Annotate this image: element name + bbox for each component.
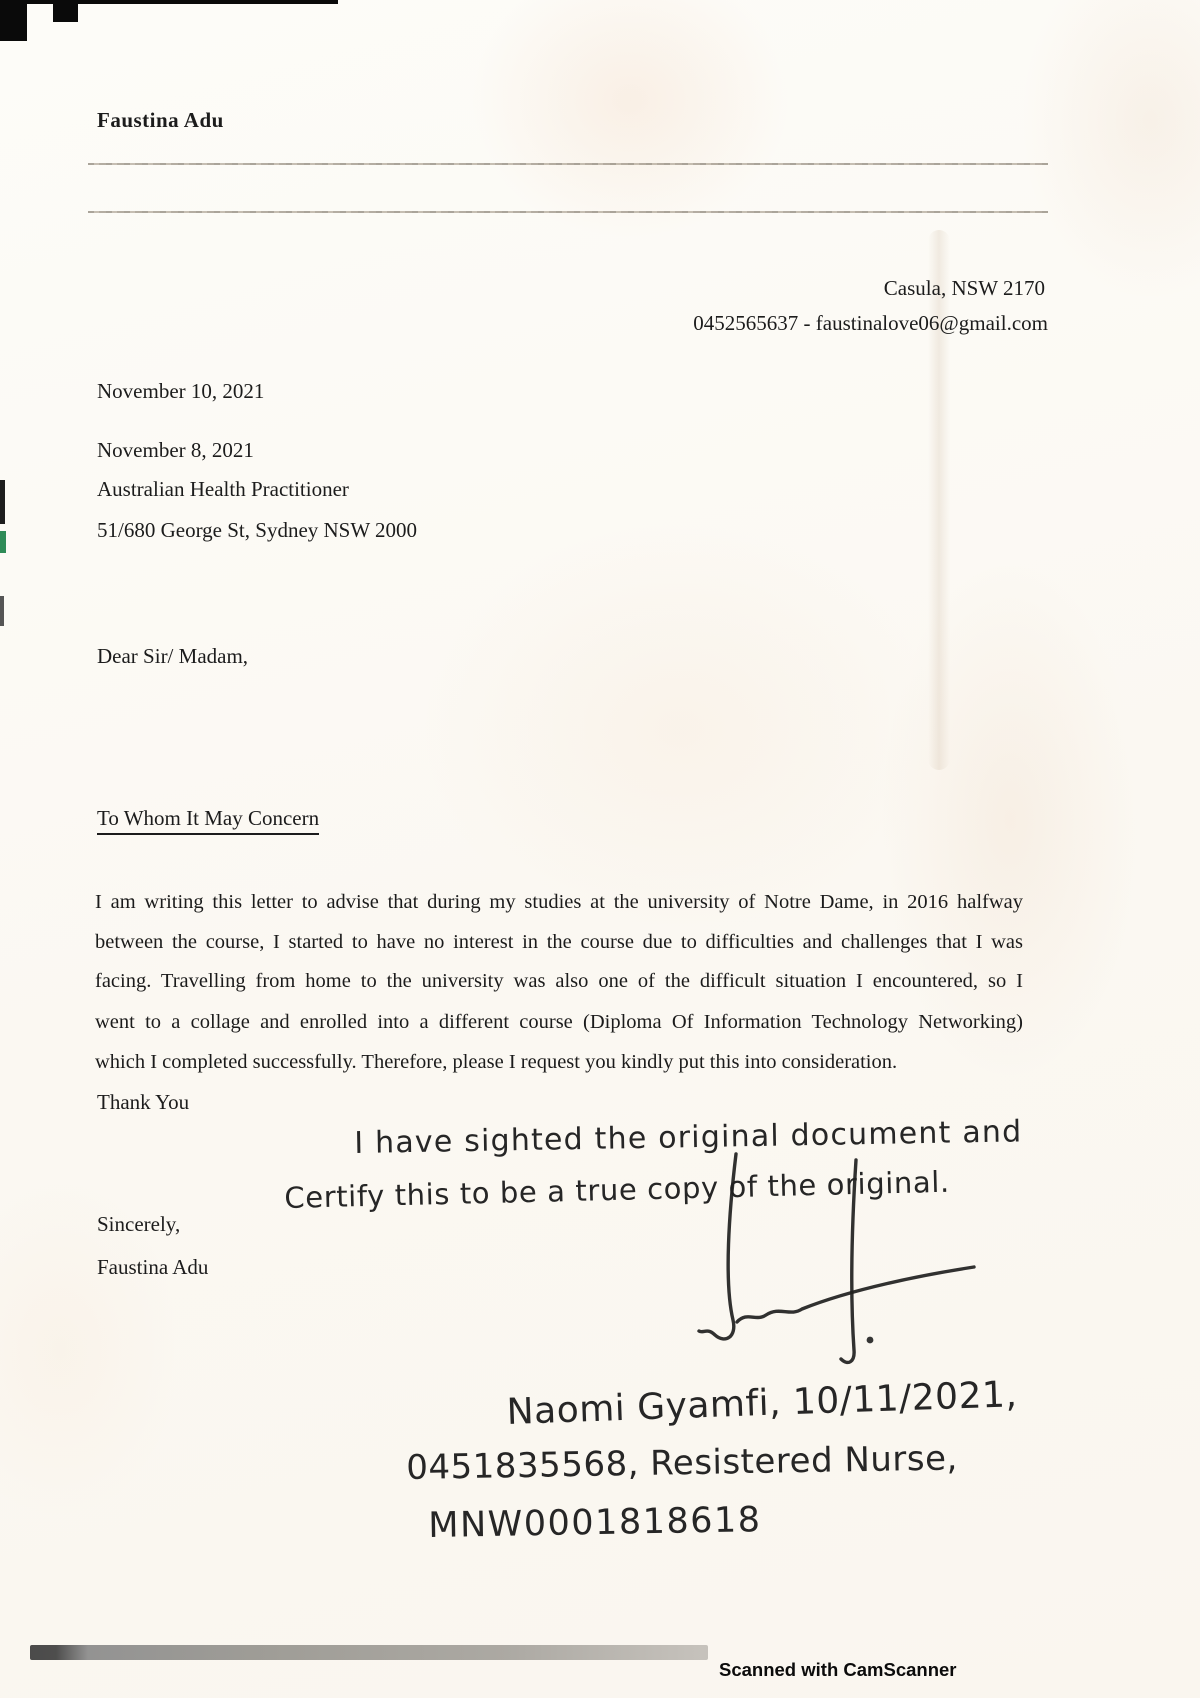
certifier-phone-title: 0451835568, Resistered Nurse, xyxy=(406,1438,958,1488)
scanner-credit: Scanned with CamScanner xyxy=(719,1659,956,1681)
paper-stain xyxy=(880,560,1140,1080)
signature-name: Faustina Adu xyxy=(97,1255,208,1280)
paper-stain xyxy=(470,0,790,240)
scan-footer-bar xyxy=(30,1645,708,1660)
scan-artifact-left-dash xyxy=(0,480,5,524)
closing: Sincerely, xyxy=(97,1212,180,1237)
scan-artifact-top-line xyxy=(0,0,338,4)
scanned-letter-page: Faustina Adu Casula, NSW 2170 0452565637… xyxy=(0,0,1200,1698)
paper-stain xyxy=(1020,0,1200,300)
body-line: between the course, I started to have no… xyxy=(95,929,1023,956)
date-secondary: November 8, 2021 xyxy=(97,438,254,463)
date-primary: November 10, 2021 xyxy=(97,379,264,404)
body-line: went to a collage and enrolled into a di… xyxy=(95,1009,1023,1036)
paper-stain xyxy=(420,520,940,940)
letterhead-divider-bottom xyxy=(88,211,1048,213)
sender-location: Casula, NSW 2170 xyxy=(884,276,1045,301)
subject-heading: To Whom It May Concern xyxy=(97,806,319,835)
body-line: facing. Travelling from home to the univ… xyxy=(95,968,1023,995)
body-line: I am writing this letter to advise that … xyxy=(95,889,1023,916)
certifier-name-date: Naomi Gyamfi, 10/11/2021, xyxy=(506,1374,1018,1433)
scan-artifact-top-left-blob xyxy=(0,0,27,41)
scan-artifact-top-dash xyxy=(53,4,78,22)
signature-scribble xyxy=(690,1150,990,1375)
letterhead-divider-top xyxy=(88,163,1048,165)
body-line: which I completed successfully. Therefor… xyxy=(95,1049,1023,1076)
recipient-name: Australian Health Practitioner xyxy=(97,477,349,502)
certifier-registration: MNW0001818618 xyxy=(428,1500,762,1546)
letterhead-name: Faustina Adu xyxy=(97,108,224,133)
scan-artifact-left-gray-dash xyxy=(0,596,4,626)
recipient-address: 51/680 George St, Sydney NSW 2000 xyxy=(97,518,417,543)
sender-contact: 0452565637 - faustinalove06@gmail.com xyxy=(693,311,1048,336)
scan-artifact-left-green-dash xyxy=(0,531,6,553)
thank-you: Thank You xyxy=(97,1090,189,1115)
salutation: Dear Sir/ Madam, xyxy=(97,644,248,669)
